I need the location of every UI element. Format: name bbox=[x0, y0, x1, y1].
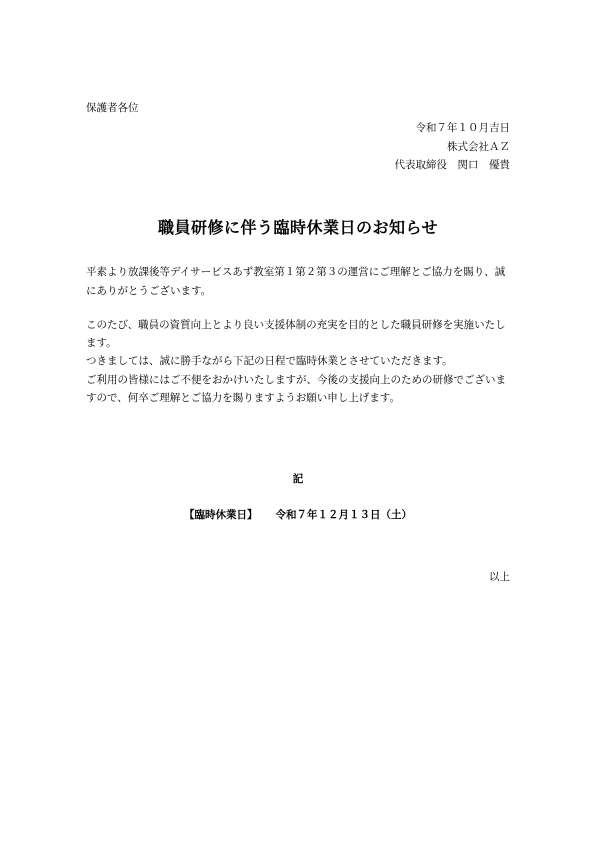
document-title: 職員研修に伴う臨時休業日のお知らせ bbox=[0, 215, 596, 238]
body-paragraph-1-line-1: 平素より放課後等デイサービスあず教室第１第２第３の運営にご理解とご協力を賜り、誠 bbox=[86, 265, 505, 279]
ki-heading: 記 bbox=[0, 472, 596, 486]
body-paragraph-2-line-5: すので、何卒ご理解とご協力を賜りますようお願い申し上げます。 bbox=[86, 391, 400, 405]
recipient: 保護者各位 bbox=[86, 101, 139, 115]
issue-date: 令和７年１０月吉日 bbox=[416, 121, 511, 135]
body-paragraph-2-line-4: ご利用の皆様にはご不便をおかけいたしますが、今後の支援向上のための研修でございま bbox=[86, 373, 506, 387]
closing-remark: 以上 bbox=[489, 570, 510, 584]
body-paragraph-2-line-3: つきましては、誠に勝手ながら下記の日程で臨時休業とさせていただきます。 bbox=[86, 354, 453, 368]
closure-date: 令和７年１２月１３日（土） bbox=[276, 509, 413, 521]
body-paragraph-2-line-1: このたび、職員の資質向上とより良い支援体制の充実を目的とした職員研修を実施いたし bbox=[86, 318, 506, 332]
closure-row: 【臨時休業日】令和７年１２月１３日（土） bbox=[0, 508, 596, 522]
closure-label: 【臨時休業日】 bbox=[184, 509, 258, 521]
company-name: 株式会社ＡＺ bbox=[447, 140, 510, 154]
document-page: 保護者各位 令和７年１０月吉日 株式会社ＡＺ 代表取締役 関口 優貴 職員研修に… bbox=[0, 0, 596, 842]
body-paragraph-1-line-2: にありがとうございます。 bbox=[86, 284, 211, 298]
body-paragraph-2-line-2: ます。 bbox=[86, 336, 117, 350]
representative: 代表取締役 関口 優貴 bbox=[395, 158, 511, 172]
